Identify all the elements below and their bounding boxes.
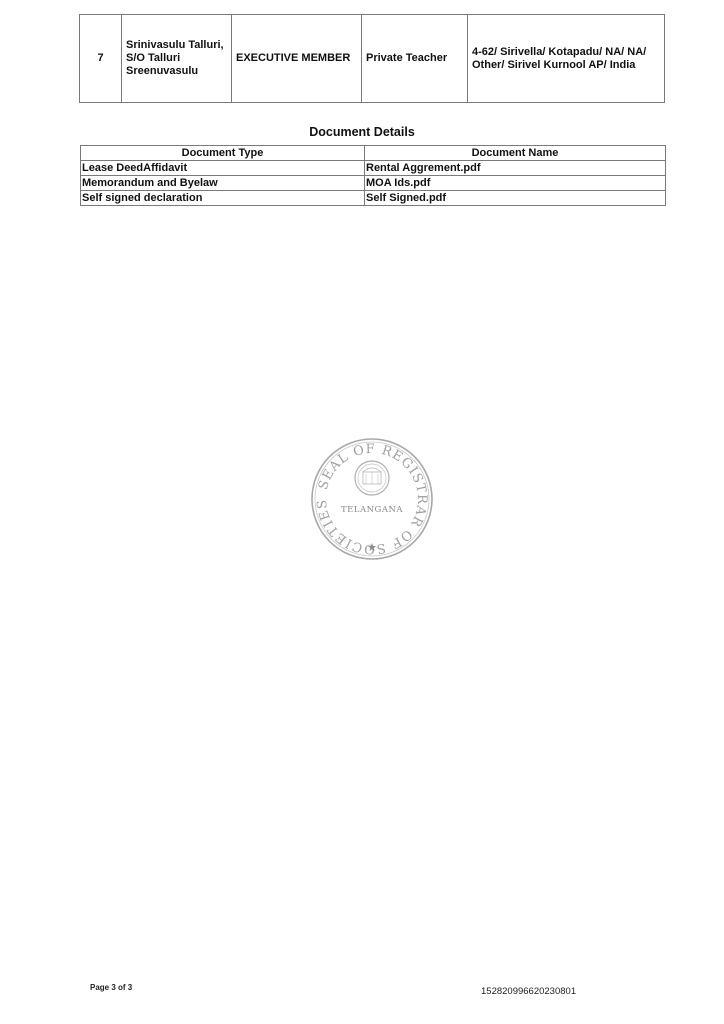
state-emblem-icon: [355, 461, 389, 495]
table-row: Lease DeedAffidavit Rental Aggrement.pdf: [81, 161, 666, 176]
column-header-document-name: Document Name: [365, 146, 666, 161]
column-header-document-type: Document Type: [81, 146, 365, 161]
seal-graphic: SEAL OF REGISTRAR OF SOCIETIES TELANGANA…: [308, 436, 436, 562]
document-type: Lease DeedAffidavit: [81, 161, 365, 176]
page-number: Page 3 of 3: [90, 983, 132, 992]
table-row: Memorandum and Byelaw MOA Ids.pdf: [81, 176, 666, 191]
member-designation: EXECUTIVE MEMBER: [232, 15, 362, 103]
member-serial: 7: [80, 15, 122, 103]
document-type: Self signed declaration: [81, 191, 365, 206]
document-details-table: Document Type Document Name Lease DeedAf…: [80, 145, 666, 206]
document-name: Rental Aggrement.pdf: [365, 161, 666, 176]
member-occupation: Private Teacher: [362, 15, 468, 103]
member-name: Srinivasulu Talluri, S/O Talluri Sreenuv…: [122, 15, 232, 103]
document-id: 152820996620230801: [481, 986, 576, 997]
document-name: MOA Ids.pdf: [365, 176, 666, 191]
star-icon: ★: [367, 542, 377, 554]
member-address: 4-62/ Sirivella/ Kotapadu/ NA/ NA/ Other…: [468, 15, 665, 103]
seal-center-text: TELANGANA: [341, 505, 403, 515]
document-type: Memorandum and Byelaw: [81, 176, 365, 191]
registrar-seal: SEAL OF REGISTRAR OF SOCIETIES TELANGANA…: [308, 436, 436, 562]
document-name: Self Signed.pdf: [365, 191, 666, 206]
table-header-row: Document Type Document Name: [81, 146, 666, 161]
table-row: Self signed declaration Self Signed.pdf: [81, 191, 666, 206]
table-row: 7 Srinivasulu Talluri, S/O Talluri Sreen…: [80, 15, 665, 103]
document-details-title: Document Details: [0, 125, 724, 139]
members-table: 7 Srinivasulu Talluri, S/O Talluri Sreen…: [79, 14, 665, 103]
